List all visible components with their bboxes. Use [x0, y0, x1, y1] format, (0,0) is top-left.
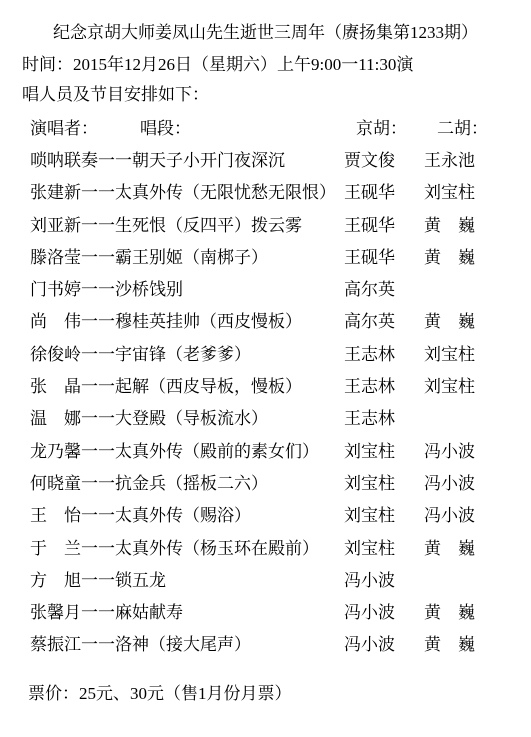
row-jinghu: 冯小波 [344, 597, 424, 629]
row-erhu: 王永池 [424, 145, 531, 177]
row-entry: 于 兰一一太真外传（杨玉环在殿前） [30, 533, 344, 565]
intro-time-line: 时间：2015年12月26日（星期六）上午9:00一11:30演 [0, 50, 531, 80]
row-jinghu: 高尔英 [344, 274, 424, 306]
table-row: 门书婷一一沙桥饯别 高尔英 [0, 274, 531, 306]
row-jinghu: 刘宝柱 [344, 436, 424, 468]
table-row: 王 怡一一太真外传（赐浴） 刘宝柱 冯小波 [0, 500, 531, 532]
table-row: 何晓童一一抗金兵（摇板二六） 刘宝柱 冯小波 [0, 468, 531, 500]
table-row: 徐俊岭一一宇宙锋（老爹爹） 王志林 刘宝柱 [0, 339, 531, 371]
row-erhu: 黄 巍 [424, 210, 531, 242]
row-entry: 滕洛莹一一霸王别姬（南梆子） [30, 242, 344, 274]
row-entry: 刘亚新一一生死恨（反四平）拨云雾 [30, 210, 344, 242]
row-erhu: 刘宝柱 [424, 371, 531, 403]
table-row: 滕洛莹一一霸王别姬（南梆子） 王砚华 黄 巍 [0, 242, 531, 274]
row-jinghu: 冯小波 [344, 565, 424, 597]
row-entry: 张馨月一一麻姑献寿 [30, 597, 344, 629]
row-entry: 王 怡一一太真外传（赐浴） [30, 500, 344, 532]
header-performer: 演唱者： [30, 112, 98, 145]
row-erhu: 刘宝柱 [424, 339, 531, 371]
row-entry: 方 旭一一锁五龙 [30, 565, 344, 597]
row-entry: 蔡振江一一洛神（接大尾声） [30, 629, 344, 661]
row-jinghu: 刘宝柱 [344, 533, 424, 565]
row-jinghu: 王志林 [344, 371, 424, 403]
header-jinghu: 京胡： [356, 112, 407, 145]
table-row: 方 旭一一锁五龙 冯小波 [0, 565, 531, 597]
row-entry: 尚 伟一一穆桂英挂帅（西皮慢板） [30, 306, 344, 338]
row-jinghu: 冯小波 [344, 629, 424, 661]
row-entry: 何晓童一一抗金兵（摇板二六） [30, 468, 344, 500]
table-row: 于 兰一一太真外传（杨玉环在殿前） 刘宝柱 黄 巍 [0, 533, 531, 565]
row-jinghu: 王志林 [344, 339, 424, 371]
row-jinghu: 刘宝柱 [344, 500, 424, 532]
row-erhu [424, 565, 531, 597]
table-row: 温 娜一一大登殿（导板流水） 王志林 [0, 403, 531, 435]
row-entry: 唢呐联奏一一朝天子小开门夜深沉 [30, 145, 344, 177]
table-header-row: 演唱者： 唱段： 京胡： 二胡： [0, 112, 531, 145]
row-erhu: 冯小波 [424, 436, 531, 468]
intro-continuation-line: 唱人员及节目安排如下： [0, 80, 531, 110]
row-erhu: 黄 巍 [424, 597, 531, 629]
header-erhu: 二胡： [437, 112, 488, 145]
table-row: 蔡振江一一洛神（接大尾声） 冯小波 黄 巍 [0, 629, 531, 661]
ticket-price-line: 票价：25元、30元（售1月份月票） [0, 678, 531, 710]
row-jinghu: 刘宝柱 [344, 468, 424, 500]
row-jinghu: 王志林 [344, 403, 424, 435]
row-jinghu: 王砚华 [344, 242, 424, 274]
row-jinghu: 王砚华 [344, 177, 424, 209]
program-table: 演唱者： 唱段： 京胡： 二胡： 唢呐联奏一一朝天子小开门夜深沉 贾文俊 王永池… [0, 112, 531, 662]
header-piece: 唱段： [140, 112, 191, 145]
row-entry: 张 晶一一起解（西皮导板，慢板） [30, 371, 344, 403]
row-entry: 门书婷一一沙桥饯别 [30, 274, 344, 306]
row-erhu: 黄 巍 [424, 306, 531, 338]
table-row: 尚 伟一一穆桂英挂帅（西皮慢板） 高尔英 黄 巍 [0, 306, 531, 338]
row-erhu: 冯小波 [424, 500, 531, 532]
table-row: 唢呐联奏一一朝天子小开门夜深沉 贾文俊 王永池 [0, 145, 531, 177]
row-jinghu: 王砚华 [344, 210, 424, 242]
program-document: 纪念京胡大师姜凤山先生逝世三周年（赓扬集第1233期） 时间：2015年12月2… [0, 0, 531, 737]
row-jinghu: 贾文俊 [344, 145, 424, 177]
row-erhu: 刘宝柱 [424, 177, 531, 209]
table-row: 张建新一一太真外传（无限忧愁无限恨） 王砚华 刘宝柱 [0, 177, 531, 209]
table-row: 龙乃馨一一太真外传（殿前的素女们） 刘宝柱 冯小波 [0, 436, 531, 468]
row-erhu: 黄 巍 [424, 533, 531, 565]
row-erhu: 黄 巍 [424, 242, 531, 274]
row-erhu: 冯小波 [424, 468, 531, 500]
table-row: 刘亚新一一生死恨（反四平）拨云雾 王砚华 黄 巍 [0, 210, 531, 242]
page-title: 纪念京胡大师姜凤山先生逝世三周年（赓扬集第1233期） [0, 0, 531, 42]
row-erhu: 黄 巍 [424, 629, 531, 661]
row-erhu [424, 274, 531, 306]
intro-section: 时间：2015年12月26日（星期六）上午9:00一11:30演 唱人员及节目安… [0, 50, 531, 110]
row-erhu [424, 403, 531, 435]
row-entry: 徐俊岭一一宇宙锋（老爹爹） [30, 339, 344, 371]
table-row: 张馨月一一麻姑献寿 冯小波 黄 巍 [0, 597, 531, 629]
row-entry: 温 娜一一大登殿（导板流水） [30, 403, 344, 435]
table-row: 张 晶一一起解（西皮导板，慢板） 王志林 刘宝柱 [0, 371, 531, 403]
row-jinghu: 高尔英 [344, 306, 424, 338]
row-entry: 张建新一一太真外传（无限忧愁无限恨） [30, 177, 344, 209]
row-entry: 龙乃馨一一太真外传（殿前的素女们） [30, 436, 344, 468]
